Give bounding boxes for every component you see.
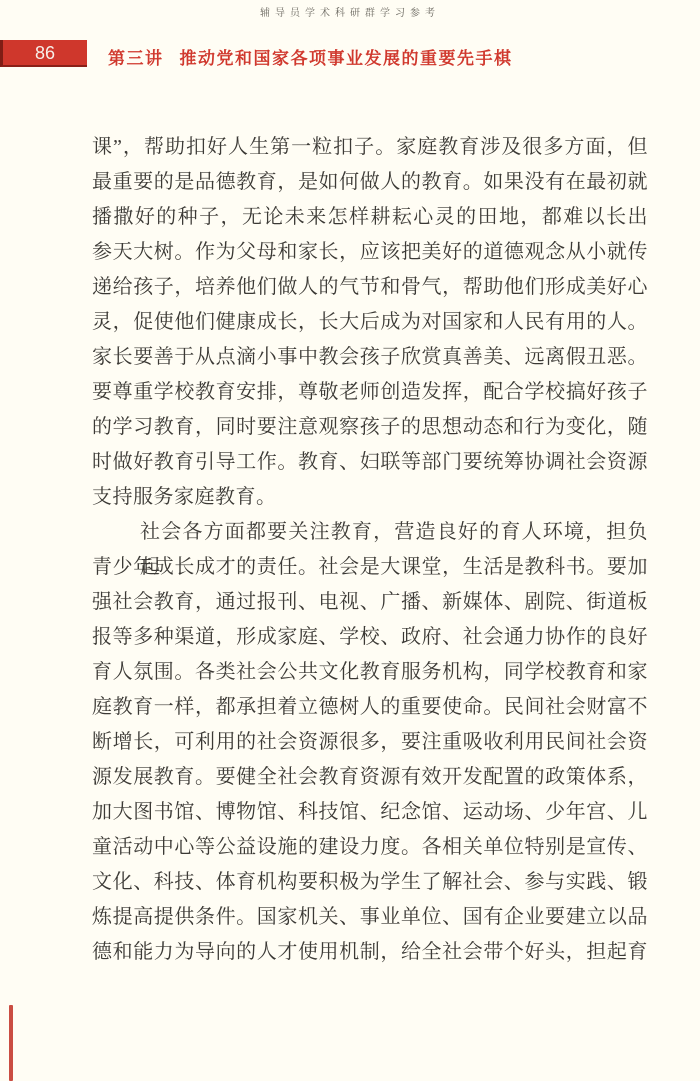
- body-text-line: 育人氛围。各类社会公共文化教育服务机构，同学校教育和家: [92, 655, 648, 690]
- body-text-line: 最重要的是品德教育，是如何做人的教育。如果没有在最初就: [92, 165, 648, 200]
- body-text-line: 参天大树。作为父母和家长，应该把美好的道德观念从小就传: [92, 235, 648, 270]
- page-number-badge: 86: [0, 40, 87, 67]
- body-text-line: 要尊重学校教育安排，尊敬老师创造发挥，配合学校搞好孩子: [92, 375, 648, 410]
- body-text-line: 加大图书馆、博物馆、科技馆、纪念馆、运动场、少年宫、儿: [92, 795, 648, 830]
- body-text-line: 时做好教育引导工作。教育、妇联等部门要统筹协调社会资源: [92, 445, 648, 480]
- body-text-line: 庭教育一样，都承担着立德树人的重要使命。民间社会财富不: [92, 690, 648, 725]
- red-margin-mark: [9, 1005, 13, 1081]
- body-text-line: 支持服务家庭教育。: [92, 480, 648, 515]
- body-text-line: 德和能力为导向的人才使用机制，给全社会带个好头，担起育: [92, 935, 648, 970]
- chapter-heading: 第三讲推动党和国家各项事业发展的重要先手棋: [108, 44, 513, 69]
- chapter-title: 推动党和国家各项事业发展的重要先手棋: [180, 49, 513, 68]
- body-text-line: 炼提高提供条件。国家机关、事业单位、国有企业要建立以品: [92, 900, 648, 935]
- page-number: 86: [35, 44, 55, 62]
- body-text: 课”，帮助扣好人生第一粒扣子。家庭教育涉及很多方面，但 最重要的是品德教育，是如…: [92, 130, 648, 970]
- body-text-line: 强社会教育，通过报刊、电视、广播、新媒体、剧院、街道板: [92, 585, 648, 620]
- body-text-line: 播撒好的种子，无论未来怎样耕耘心灵的田地，都难以长出: [92, 200, 648, 235]
- body-text-line: 社会各方面都要关注教育，营造良好的育人环境，担负起: [92, 515, 648, 550]
- running-head: 辅导员学术科研群学习参考: [0, 4, 700, 19]
- body-text-line: 递给孩子，培养他们做人的气节和骨气，帮助他们形成美好心: [92, 270, 648, 305]
- body-text-line: 的学习教育，同时要注意观察孩子的思想动态和行为变化，随: [92, 410, 648, 445]
- body-text-line: 灵，促使他们健康成长，长大后成为对国家和人民有用的人。: [92, 305, 648, 340]
- body-text-line: 童活动中心等公益设施的建设力度。各相关单位特别是宣传、: [92, 830, 648, 865]
- chapter-label: 第三讲: [108, 49, 164, 68]
- body-text-line: 文化、科技、体育机构要积极为学生了解社会、参与实践、锻: [92, 865, 648, 900]
- body-text-line: 青少年成长成才的责任。社会是大课堂，生活是教科书。要加: [92, 550, 648, 585]
- body-text-line: 报等多种渠道，形成家庭、学校、政府、社会通力协作的良好: [92, 620, 648, 655]
- body-text-line: 源发展教育。要健全社会教育资源有效开发配置的政策体系，: [92, 760, 648, 795]
- body-text-line: 家长要善于从点滴小事中教会孩子欣赏真善美、远离假丑恶。: [92, 340, 648, 375]
- body-text-line: 断增长，可利用的社会资源很多，要注重吸收利用民间社会资: [92, 725, 648, 760]
- body-text-line: 课”，帮助扣好人生第一粒扣子。家庭教育涉及很多方面，但: [92, 130, 648, 165]
- book-page: 辅导员学术科研群学习参考 86 第三讲推动党和国家各项事业发展的重要先手棋 课”…: [0, 0, 700, 1081]
